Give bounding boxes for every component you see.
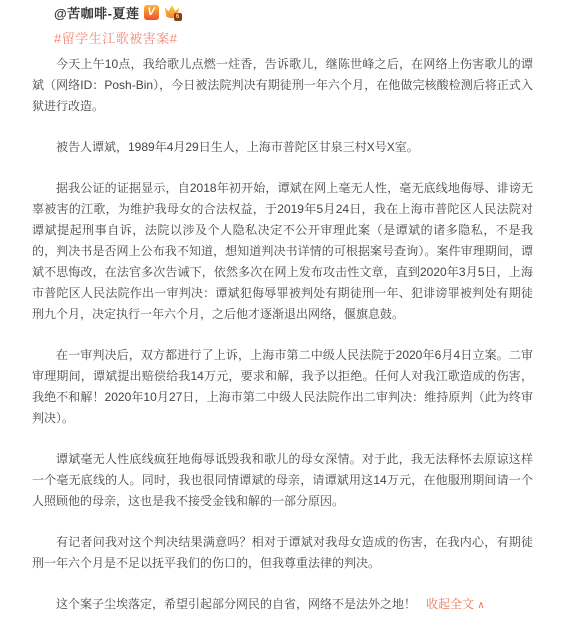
vip-level-number: 6	[174, 13, 182, 21]
paragraph-1: 今天上午10点，我给歌儿点燃一炷香，告诉歌儿，继陈世峰之后，在网络上伤害歌儿的谭…	[32, 54, 533, 117]
username-link[interactable]: @苦咖啡-夏莲	[54, 3, 140, 22]
vip-crown-icon: 6	[163, 4, 181, 20]
paragraph-4: 在一审判决后，双方都进行了上诉，上海市第二中级人民法院于2020年6月4日立案。…	[32, 345, 533, 429]
post-header: @苦咖啡-夏莲 V 6	[54, 3, 181, 21]
paragraph-3: 据我公证的证据显示，自2018年初开始，谭斌在网上毫无人性，毫无底线地侮辱、诽谤…	[32, 178, 533, 325]
weibo-post-page: @苦咖啡-夏莲 V 6 #留学生江歌被害案# 今天上午10点，我给歌儿点燃一炷香…	[0, 0, 564, 633]
chevron-up-icon: ∧	[477, 600, 484, 611]
paragraph-7-text: 这个案子尘埃落定，希望引起部分网民的自省，网络不是法外之地！	[56, 597, 416, 611]
paragraph-2: 被告人谭斌，1989年4月29日生人，上海市普陀区甘泉三村X号X室。	[32, 137, 533, 158]
paragraph-6: 有记者问我对这个判决结果满意吗？相对于谭斌对我母女造成的伤害，在我内心，有期徒刑…	[32, 532, 533, 574]
post-body: 今天上午10点，我给歌儿点燃一炷香，告诉歌儿，继陈世峰之后，在网络上伤害歌儿的谭…	[32, 54, 533, 616]
verified-v-icon: V	[144, 5, 159, 20]
collapse-label: 收起全文	[426, 597, 474, 611]
hashtag-link[interactable]: #留学生江歌被害案#	[54, 28, 177, 47]
paragraph-7: 这个案子尘埃落定，希望引起部分网民的自省，网络不是法外之地！收起全文 ∧	[32, 594, 533, 616]
paragraph-5: 谭斌毫无人性底线疯狂地侮辱诋毁我和歌儿的母女深情。对于此，我无法释怀去原谅这样一…	[32, 449, 533, 512]
collapse-full-text-link[interactable]: 收起全文 ∧	[426, 597, 485, 611]
